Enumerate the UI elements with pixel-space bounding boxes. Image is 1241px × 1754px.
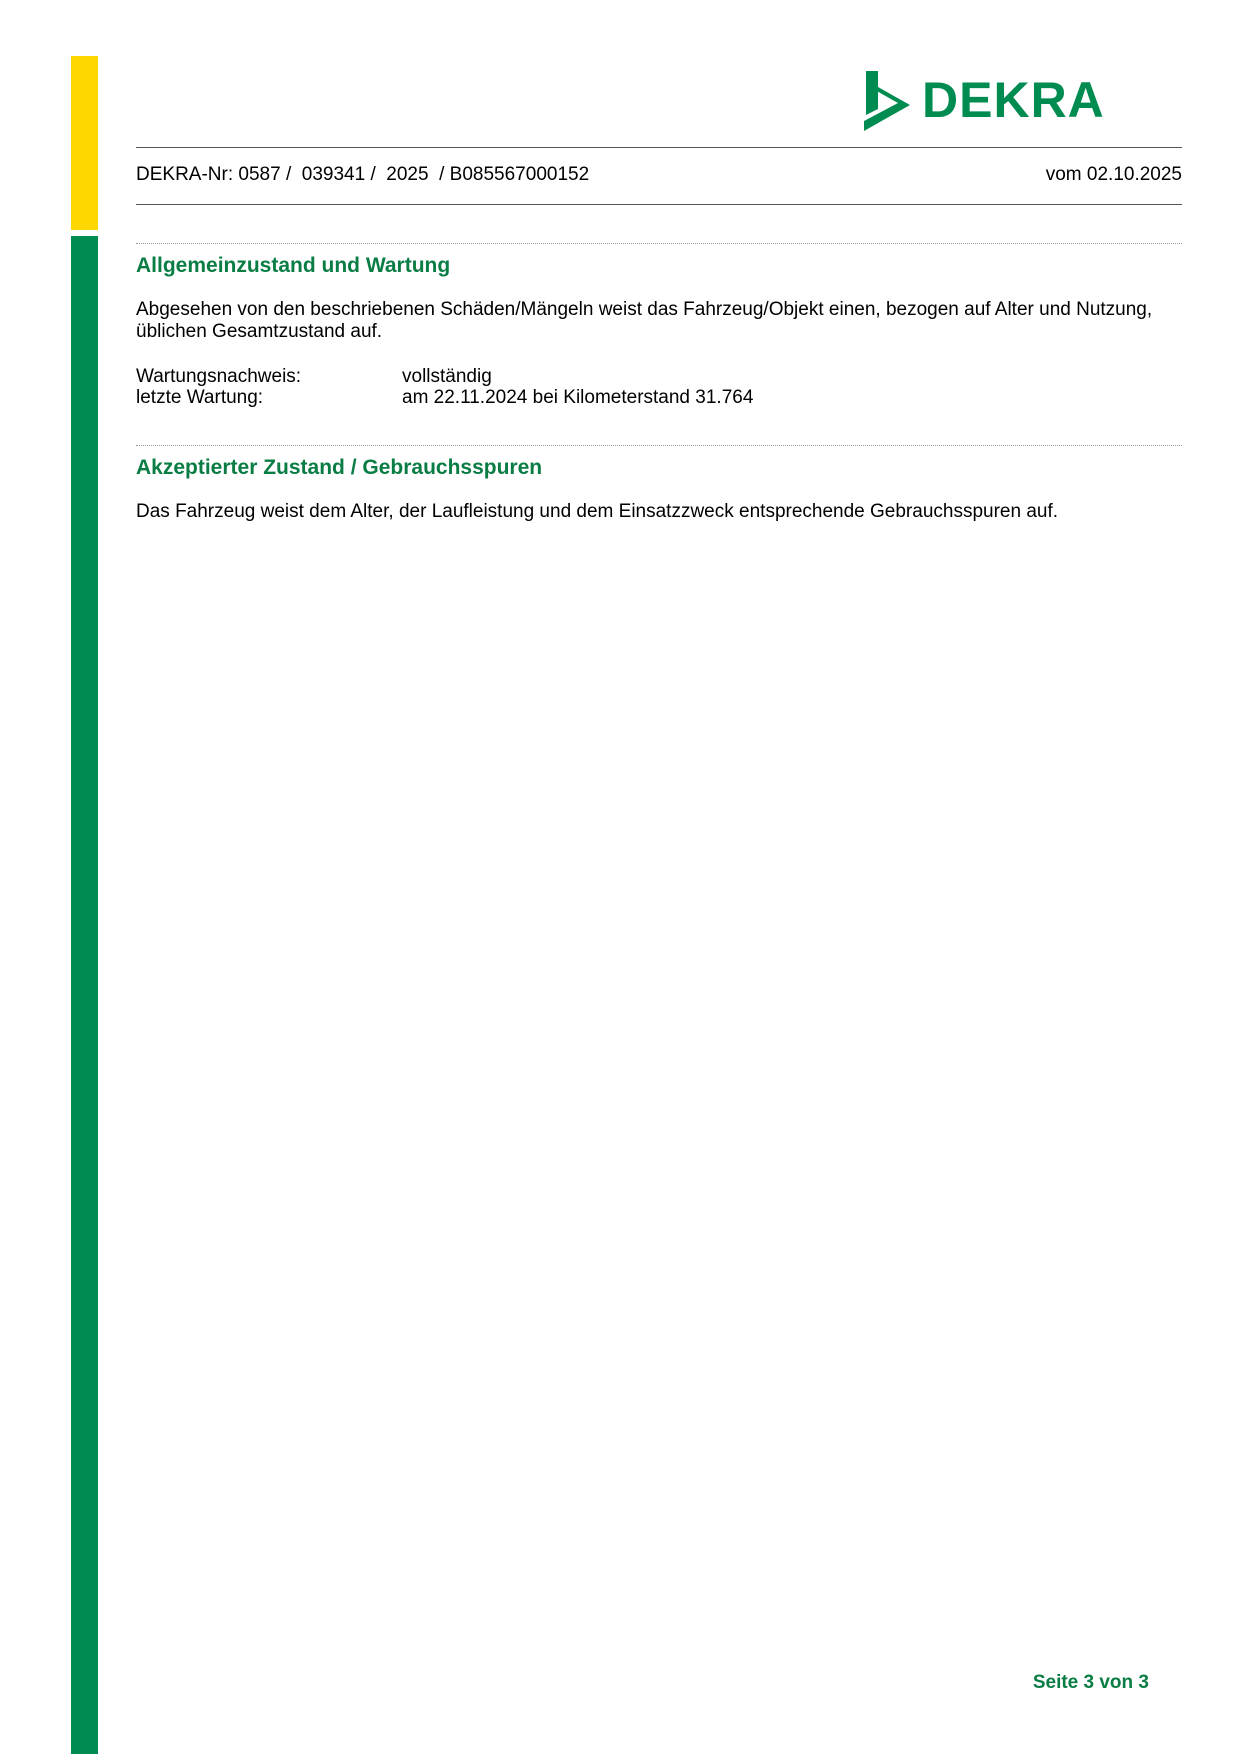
dekra-wordmark: DEKRA [922, 75, 1105, 125]
field-label: letzte Wartung: [136, 387, 402, 408]
last-maintenance-row: letzte Wartung: am 22.11.2024 bei Kilome… [136, 387, 753, 408]
dekra-logo: DEKRA [862, 68, 1105, 132]
green-side-bar [71, 236, 98, 1754]
accepted-condition-text: Das Fahrzeug weist dem Alter, der Laufle… [136, 501, 1186, 523]
header-rule-bottom [136, 204, 1182, 205]
maintenance-proof-row: Wartungsnachweis: vollständig [136, 366, 753, 387]
field-value: vollständig [402, 366, 492, 387]
dekra-reference-number: DEKRA-Nr: 0587 / 039341 / 2025 / B085567… [136, 164, 589, 186]
section-title-general-condition: Allgemeinzustand und Wartung [136, 254, 450, 278]
section-title-accepted-condition: Akzeptierter Zustand / Gebrauchsspuren [136, 456, 542, 480]
field-label: Wartungsnachweis: [136, 366, 402, 387]
yellow-side-bar [71, 56, 98, 230]
section-divider [136, 243, 1182, 244]
header-rule-top [136, 147, 1182, 148]
general-condition-text: Abgesehen von den beschriebenen Schäden/… [136, 299, 1186, 343]
section-divider [136, 445, 1182, 446]
maintenance-fields: Wartungsnachweis: vollständig letzte War… [136, 366, 753, 408]
field-value: am 22.11.2024 bei Kilometerstand 31.764 [402, 387, 753, 408]
dekra-arrow-logo-icon [862, 69, 912, 131]
page-number: Seite 3 von 3 [1033, 1672, 1149, 1694]
report-date: vom 02.10.2025 [1046, 164, 1182, 186]
